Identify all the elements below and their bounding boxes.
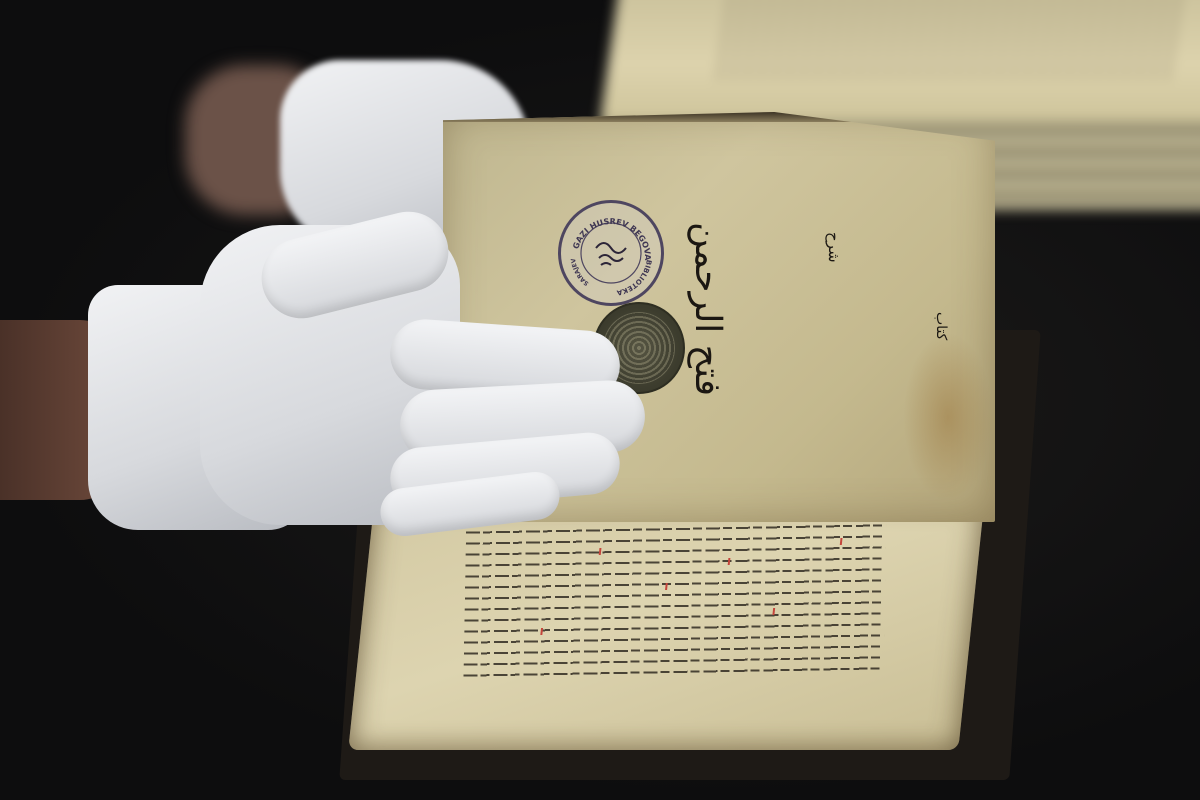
stamp-text-top: GAZI HUSREV BEGOVA [571,217,652,261]
library-stamp-graphic: GAZI HUSREV BEGOVA BIBLIOTEKA SARAJEVO [561,203,661,303]
edge-note-calligraphy: كتاب [933,312,949,340]
stamp-text-bottom: BIBLIOTEKA [615,259,652,297]
svg-text:BIBLIOTEKA: BIBLIOTEKA [615,259,652,297]
svg-text:GAZI HUSREV BEGOVA: GAZI HUSREV BEGOVA [571,217,652,261]
background-book-page [600,0,1200,120]
note-calligraphy: شرح [823,232,845,263]
manuscript-text-block [463,502,886,679]
library-stamp: GAZI HUSREV BEGOVA BIBLIOTEKA SARAJEVO [558,200,664,306]
photo-scene: GAZI HUSREV BEGOVA BIBLIOTEKA SARAJEVO ف… [0,0,1200,800]
title-calligraphy: فتح الرحمن [683,222,731,396]
water-stain [903,332,993,502]
